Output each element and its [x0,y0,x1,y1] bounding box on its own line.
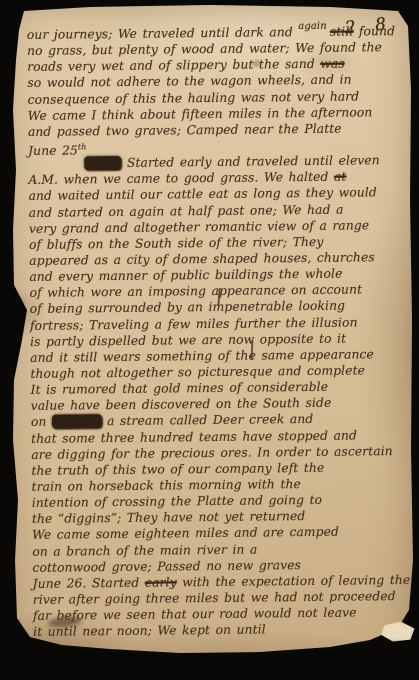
struck-word: was [320,57,345,71]
manuscript-words: a stream called Deer creek and [102,412,314,428]
manuscript-words: fortress; Traveling a few miles further … [30,315,358,332]
manuscript-words: train on horseback this morning with the [32,477,301,494]
manuscript-words: the truth of this two of our company lef… [31,461,324,478]
manuscript-words: our journeys; We traveled until dark and [27,25,299,42]
manuscript-page: 2 8 our journeys; We traveled until dark… [0,0,419,680]
manuscript-words: of bluffs on the South side of the river… [29,235,323,252]
manuscript-words: on a branch of the main river in a [32,542,257,558]
inserted-word: again [298,19,327,35]
edge-ink-smudge [2,296,22,312]
manuscript-words: consequence of this the hauling was not … [27,89,359,106]
manuscript-words: It is rumored that gold mines of conside… [31,380,329,397]
manuscript-text: our journeys; We traveled until dark and… [27,23,393,640]
struck-word: at [334,170,347,184]
struck-word: still [330,24,354,38]
manuscript-words: intention of crossing the Platte and goi… [32,493,322,510]
manuscript-words: is partly dispelled but we are now oppos… [30,331,346,348]
manuscript-words: We came some eighteen miles and are camp… [32,525,339,542]
manuscript-words: are digging for the precious ores. In or… [31,444,393,462]
manuscript-words: so would not adhere to the wagon wheels,… [27,73,351,90]
ink-blot: ———— [52,415,102,430]
manuscript-words: and passed two graves; Camped near the P… [28,121,342,138]
manuscript-words: Started early and traveled until eleven [121,153,379,170]
manuscript-words: and started on again at half past one; W… [29,202,344,219]
manuscript-words: that some three hundred teams have stopp… [31,428,357,445]
manuscript-words: with the expectation of leaving the [177,573,411,589]
ink-blot: ——— [84,156,121,170]
superscript: th [78,142,87,151]
struck-word: early [145,575,177,589]
photo-background: 2 8 our journeys; We traveled until dark… [0,0,419,680]
manuscript-words: of being surrounded by an impenetrable l… [30,299,345,316]
manuscript-line: it until near noon; We kept on until [33,620,393,640]
manuscript-words: found [353,24,395,38]
manuscript-words: and waited until our cattle eat as long … [28,186,376,204]
manuscript-words: June 25 [28,143,78,158]
manuscript-words: cottonwood grove; Passed no new graves [32,558,301,575]
manuscript-words: the “diggins”; They have not yet returne… [32,509,305,526]
manuscript-words: on [31,415,52,429]
manuscript-words: value have been discovered on the South … [31,396,332,413]
manuscript-words: far before we seen that our road would n… [33,606,357,623]
manuscript-words: it until near noon; We kept on until [33,623,266,639]
manuscript-words: roads very wet and of slippery but the s… [27,57,320,74]
manuscript-words: June 26. Started [33,575,145,590]
